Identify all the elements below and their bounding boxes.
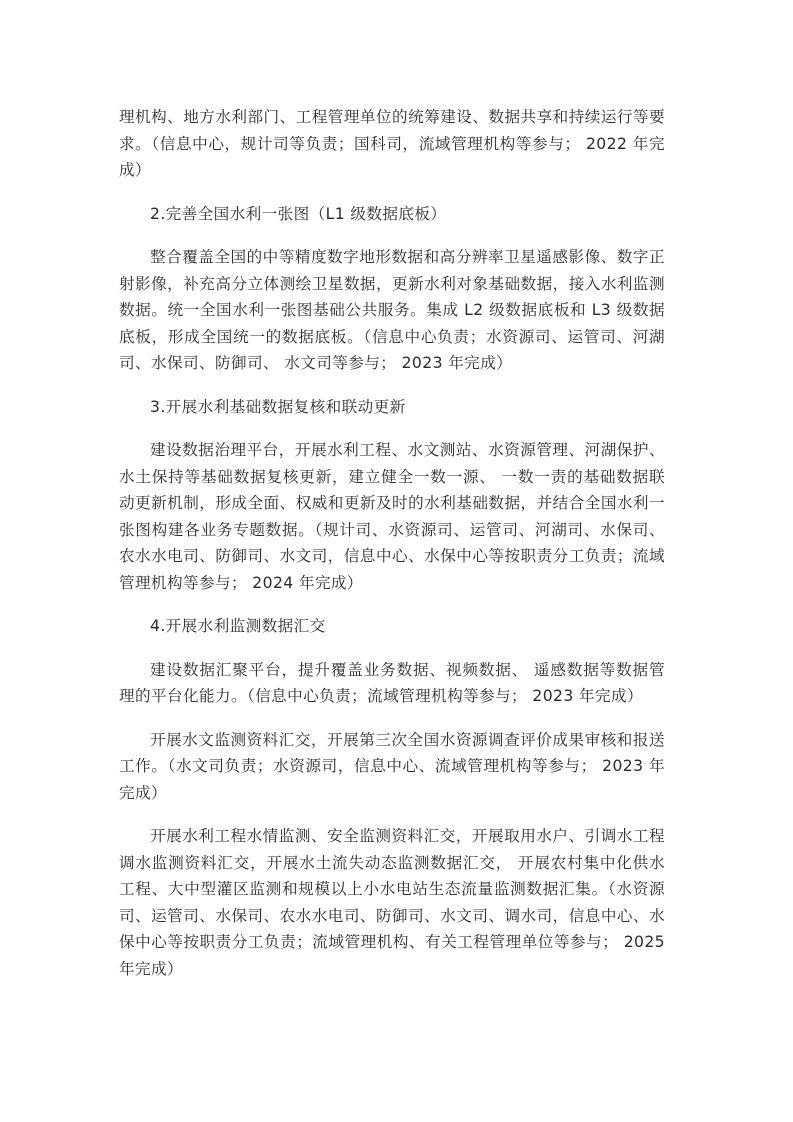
spacer — [119, 640, 665, 657]
spacer — [119, 596, 665, 613]
paragraph-monitoring-data: 开展水利工程水情监测、安全监测资料汇交，开展取用水户、引调水工程调水监测资料汇交… — [119, 823, 665, 982]
spacer — [119, 710, 665, 727]
document-page: 理机构、地方水利部门、工程管理单位的统筹建设、数据共享和持续运行等要求。（信息中… — [119, 104, 665, 982]
section-heading-3: 3.开展水利基础数据复核和联动更新 — [119, 394, 665, 421]
paragraph-continuation: 理机构、地方水利部门、工程管理单位的统筹建设、数据共享和持续运行等要求。（信息中… — [119, 104, 665, 184]
section-heading-4: 4.开展水利监测数据汇交 — [119, 613, 665, 640]
paragraph-hydrology-data: 开展水文监测资料汇交，开展第三次全国水资源调查评价成果审核和报送工作。（水文司负… — [119, 727, 665, 807]
paragraph-data-base: 整合覆盖全国的中等精度数字地形数据和高分辨率卫星遥感影像、数字正射影像，补充高分… — [119, 244, 665, 377]
spacer — [119, 227, 665, 244]
spacer — [119, 806, 665, 823]
section-heading-2: 2.完善全国水利一张图（L1 级数据底板） — [119, 201, 665, 228]
paragraph-data-aggregation: 建设数据汇聚平台，提升覆盖业务数据、视频数据、 遥感数据等数据管理的平台化能力。… — [119, 657, 665, 710]
spacer — [119, 420, 665, 437]
paragraph-data-governance: 建设数据治理平台，开展水利工程、水文测站、水资源管理、河湖保护、水土保持等基础数… — [119, 437, 665, 596]
spacer — [119, 184, 665, 201]
spacer — [119, 377, 665, 394]
